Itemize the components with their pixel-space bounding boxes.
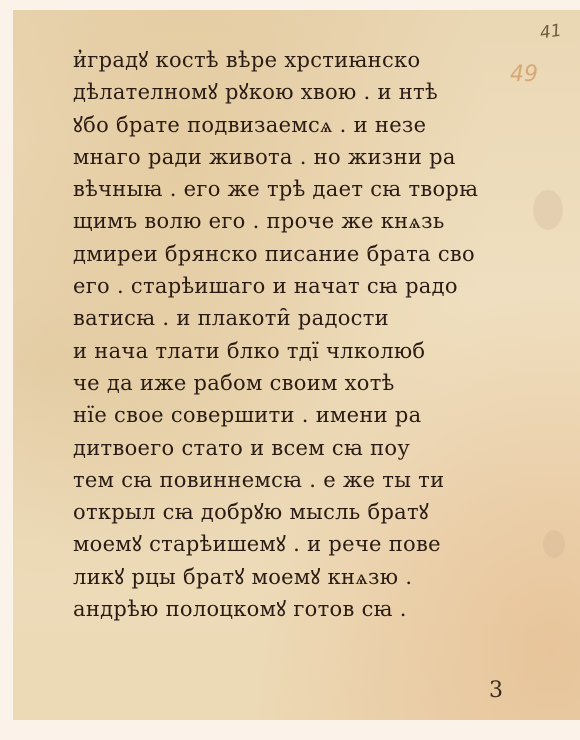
text-line: и̓градꙋ костѣ вѣре хрстиꙗнско [73, 44, 493, 76]
text-line: дмиреи брянско писание брата сво [73, 238, 493, 270]
text-line: моемꙋ старѣишемꙋ . и рече пове [73, 528, 493, 560]
text-line: его . старѣишаго и начат сꙗ радо [73, 270, 493, 302]
paper-stain [543, 530, 565, 558]
text-line: дитвоего стато и всем сꙗ поу [73, 432, 493, 464]
text-line: ватисꙗ . и плакоти̑ радости [73, 302, 493, 334]
text-line: щимъ волю его . проче же кнѧзь [73, 205, 493, 237]
text-line: че да иже рабом своим хотѣ [73, 367, 493, 399]
folio-number-pencil: 49 [510, 62, 538, 87]
text-line: и нача тлати блко тдї члколюб [73, 335, 493, 367]
manuscript-text: и̓градꙋ костѣ вѣре хрстиꙗнско дѣлателном… [73, 44, 493, 625]
quire-signature: 3 [489, 678, 503, 703]
text-line: ꙋбо брате подвизаемсѧ . и незе [73, 109, 493, 141]
text-line: мнаго ради живота . но жизни ра [73, 141, 493, 173]
folio-number-ink: 41 [539, 21, 563, 44]
text-line: вѣчныꙗ . его же трѣ дает сꙗ творꙗ [73, 173, 493, 205]
text-line: открыл сꙗ добрꙋю мысль братꙋ [73, 496, 493, 528]
paper-stain [533, 190, 563, 230]
text-line: нїе свое совершити . имени ра [73, 399, 493, 431]
text-line: дѣлателномꙋ рꙋкою хвою . и нтѣ [73, 76, 493, 108]
text-line: андрѣю полоцкомꙋ готов сꙗ . [73, 593, 493, 625]
text-line: тем сꙗ повиннемсꙗ . е же ты ти [73, 464, 493, 496]
text-line: ликꙋ рцы братꙋ моемꙋ кнѧзю . [73, 561, 493, 593]
manuscript-page: 41 49 и̓градꙋ костѣ вѣре хрстиꙗнско дѣла… [13, 10, 580, 720]
